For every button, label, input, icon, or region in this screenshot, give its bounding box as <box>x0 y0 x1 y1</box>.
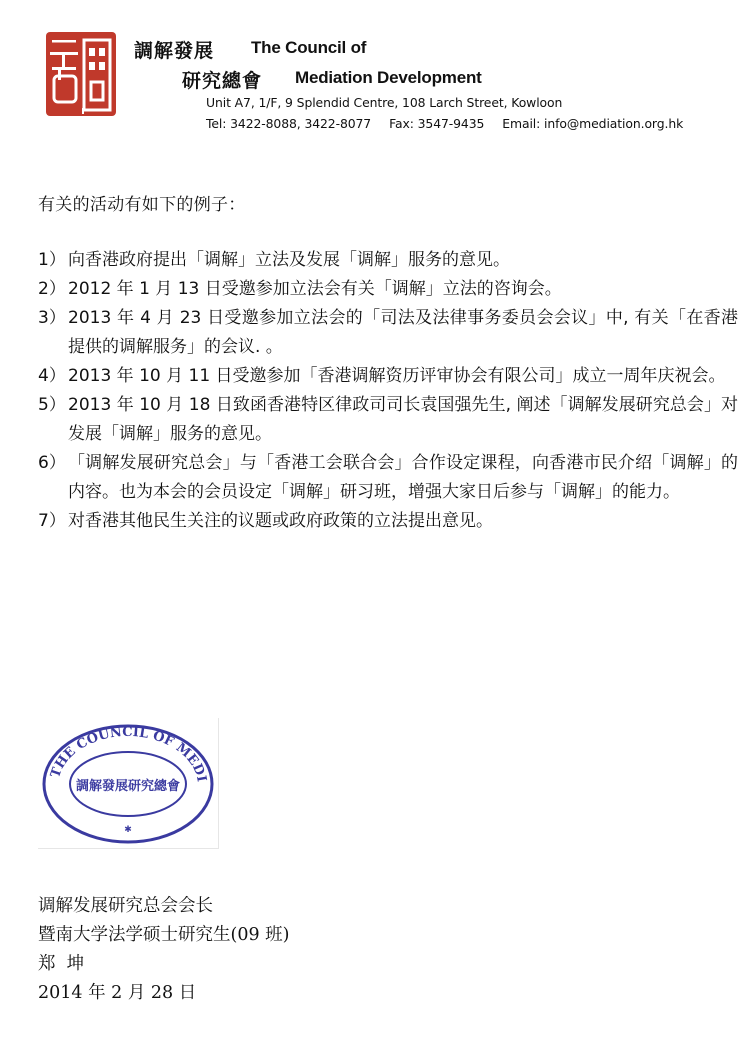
list-item: 1） 向香港政府提出「调解」立法及发展「调解」服务的意见。 <box>38 246 738 275</box>
list-item: 2） 2012 年 1 月 13 日受邀参加立法会有关「调解」立法的咨询会。 <box>38 275 738 304</box>
official-stamp: THE COUNCIL OF MEDIATION DEVELOPMENT 調解發… <box>38 718 219 849</box>
org-english-name-line1: The Council of <box>251 38 366 58</box>
list-item-number: 2） <box>38 275 68 304</box>
oval-stamp-icon: THE COUNCIL OF MEDIATION DEVELOPMENT 調解發… <box>38 718 218 848</box>
list-item-number: 1） <box>38 246 68 275</box>
activity-list: 1） 向香港政府提出「调解」立法及发展「调解」服务的意见。 2） 2012 年 … <box>38 246 738 536</box>
list-item-number: 4） <box>38 362 68 391</box>
list-item: 5） 2013 年 10 月 18 日致函香港特区律政司司长袁国强先生, 阐述「… <box>38 391 738 449</box>
org-address: Unit A7, 1/F, 9 Splendid Centre, 108 Lar… <box>206 95 562 110</box>
org-chinese-name-line1: 調解發展 <box>134 36 214 63</box>
seal-logo-icon <box>44 30 118 118</box>
signatory-title: 调解发展研究总会会长 <box>38 892 290 921</box>
org-email: Email: info@mediation.org.hk <box>502 116 683 131</box>
org-tel: Tel: 3422-8088, 3422-8077 <box>206 116 371 131</box>
org-english-name-line2: Mediation Development <box>295 68 482 88</box>
svg-text:調解發展研究總會: 調解發展研究總會 <box>76 778 180 794</box>
list-item-number: 5） <box>38 391 68 449</box>
list-item-number: 7） <box>38 507 68 536</box>
list-item: 4） 2013 年 10 月 11 日受邀参加「香港调解资历评审协会有限公司」成… <box>38 362 738 391</box>
org-contact-line: Tel: 3422-8088, 3422-8077Fax: 3547-9435E… <box>206 116 683 131</box>
list-item-number: 6） <box>38 449 68 507</box>
list-item-text: 「调解发展研究总会」与「香港工会联合会」合作设定课程，向香港市民介绍「调解」的内… <box>68 449 738 507</box>
list-item-number: 3） <box>38 304 68 362</box>
list-item: 3） 2013 年 4 月 23 日受邀参加立法会的「司法及法律事务委员会会议」… <box>38 304 738 362</box>
list-item: 7） 对香港其他民生关注的议题或政府政策的立法提出意见。 <box>38 507 738 536</box>
signature-date: 2014 年 2 月 28 日 <box>38 979 290 1008</box>
signatory-credential: 暨南大学法学硕士研究生(09 班) <box>38 921 290 950</box>
signatory-name: 郑 坤 <box>38 950 290 979</box>
signature-block: 调解发展研究总会会长 暨南大学法学硕士研究生(09 班) 郑 坤 2014 年 … <box>38 892 290 1008</box>
list-item-text: 2013 年 10 月 18 日致函香港特区律政司司长袁国强先生, 阐述「调解发… <box>68 391 738 449</box>
svg-text:✱: ✱ <box>124 825 132 835</box>
org-fax: Fax: 3547-9435 <box>389 116 484 131</box>
list-item-text: 对香港其他民生关注的议题或政府政策的立法提出意见。 <box>68 507 738 536</box>
list-item-text: 2013 年 10 月 11 日受邀参加「香港调解资历评审协会有限公司」成立一周… <box>68 362 738 391</box>
list-item: 6） 「调解发展研究总会」与「香港工会联合会」合作设定课程，向香港市民介绍「调解… <box>38 449 738 507</box>
list-item-text: 2013 年 4 月 23 日受邀参加立法会的「司法及法律事务委员会会议」中, … <box>68 304 738 362</box>
intro-text: 有关的活动有如下的例子： <box>38 190 246 215</box>
list-item-text: 向香港政府提出「调解」立法及发展「调解」服务的意见。 <box>68 246 738 275</box>
org-chinese-name-line2: 研究總會 <box>182 66 262 93</box>
list-item-text: 2012 年 1 月 13 日受邀参加立法会有关「调解」立法的咨询会。 <box>68 275 738 304</box>
